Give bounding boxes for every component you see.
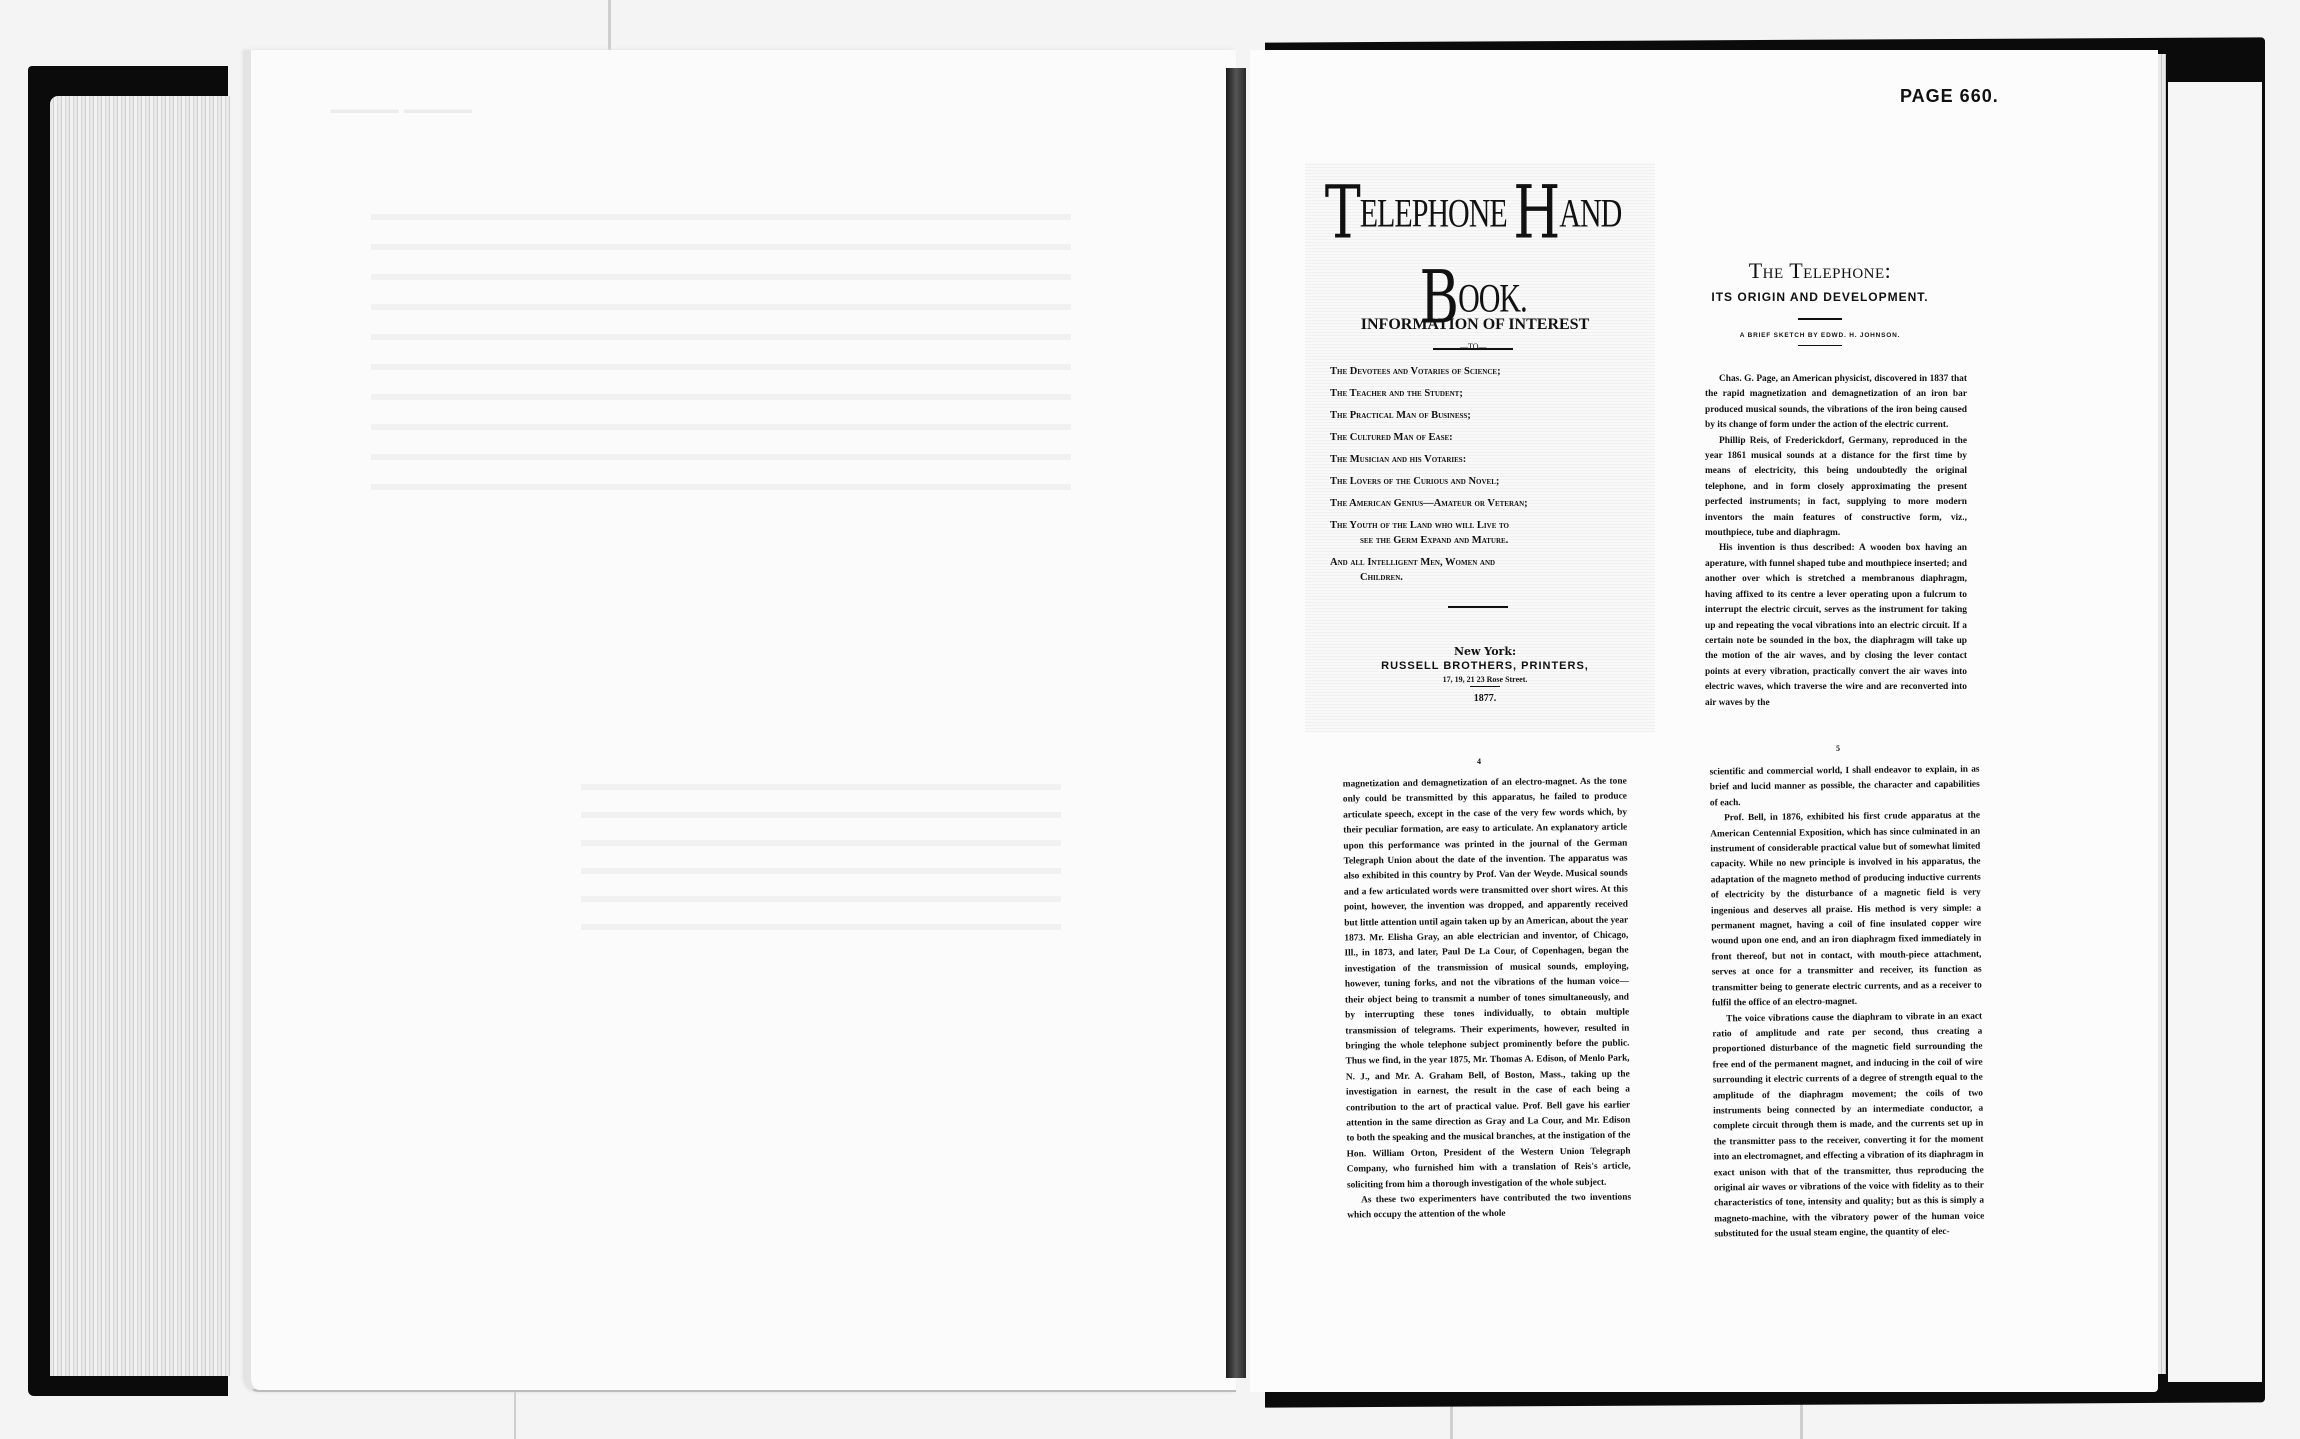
paragraph: magnetization and demagnetization of an … (1343, 775, 1631, 1194)
article-column-page3: Chas. G. Page, an American physicist, di… (1705, 372, 1967, 711)
paragraph: As these two experimenters have contribu… (1347, 1190, 1631, 1224)
wall-tile-seam (608, 0, 611, 50)
audience-item: The Cultured Man of Ease: (1330, 430, 1630, 445)
audience-item: And all Intelligent Men, Women andChildr… (1330, 555, 1630, 585)
paragraph: Phillip Reis, of Frederickdorf, Germany,… (1705, 434, 1967, 542)
audience-item: The Practical Man of Business; (1330, 408, 1630, 423)
article-rule (1798, 345, 1842, 347)
article-column-page4: magnetization and demagnetization of an … (1343, 775, 1632, 1225)
imprint-year: 1877. (1330, 693, 1640, 704)
divider-rule (1448, 606, 1508, 608)
bleed-through-text: ▔▔▔▔ ▔▔▔▔ (331, 110, 472, 136)
paragraph: Chas. G. Page, an American physicist, di… (1705, 372, 1967, 434)
article-rule (1798, 318, 1842, 320)
folio-page-4: 4 (1477, 757, 1481, 766)
audience-item: The Youth of the Land who will Live tose… (1330, 518, 1630, 548)
audience-item: The Teacher and the Student; (1330, 386, 1630, 401)
audience-item: The Devotees and Votaries of Science; (1330, 364, 1630, 379)
information-heading: INFORMATION OF INTEREST (1320, 316, 1630, 334)
article-heading: The Telephone: ITS ORIGIN AND DEVELOPMEN… (1660, 258, 1980, 346)
left-page-edges (50, 96, 230, 1376)
imprint-rule (1470, 686, 1500, 687)
to-mark: —TO— (1460, 342, 1487, 351)
paragraph: The voice vibrations cause the diaphram … (1712, 1009, 1984, 1243)
article-title: The Telephone: (1660, 258, 1980, 284)
paragraph: scientific and commercial world, I shall… (1710, 763, 1980, 812)
left-page-blank: ▔▔▔▔ ▔▔▔▔ (245, 50, 1236, 1392)
paragraph: His invention is thus described: A woode… (1705, 541, 1967, 710)
imprint: New York: RUSSELL BROTHERS, PRINTERS, 17… (1330, 645, 1640, 704)
article-byline: A BRIEF SKETCH BY EDWD. H. JOHNSON. (1660, 332, 1980, 339)
right-endpaper (2168, 82, 2262, 1382)
bleed-through-block (371, 210, 1071, 490)
book-gutter (1226, 68, 1246, 1378)
audience-list: The Devotees and Votaries of Science; Th… (1330, 364, 1630, 592)
imprint-printer: RUSSELL BROTHERS, PRINTERS, (1330, 660, 1640, 672)
audience-item: The Lovers of the Curious and Novel; (1330, 474, 1630, 489)
audience-item: The Musician and his Votaries: (1330, 452, 1630, 467)
paragraph: Prof. Bell, in 1876, exhibited his first… (1710, 809, 1982, 1012)
article-subtitle: ITS ORIGIN AND DEVELOPMENT. (1660, 290, 1980, 304)
page-number: PAGE 660. (1900, 86, 1999, 107)
bleed-through-block (581, 770, 1061, 930)
imprint-city: New York: (1330, 645, 1640, 658)
wall-tile-seam (1800, 1400, 1803, 1439)
folio-page-5: 5 (1836, 744, 1840, 753)
article-column-page5: scientific and commercial world, I shall… (1710, 763, 1985, 1243)
audience-item: The American Genius—Amateur or Veteran; (1330, 496, 1630, 511)
imprint-address: 17, 19, 21 23 Rose Street. (1330, 675, 1640, 684)
